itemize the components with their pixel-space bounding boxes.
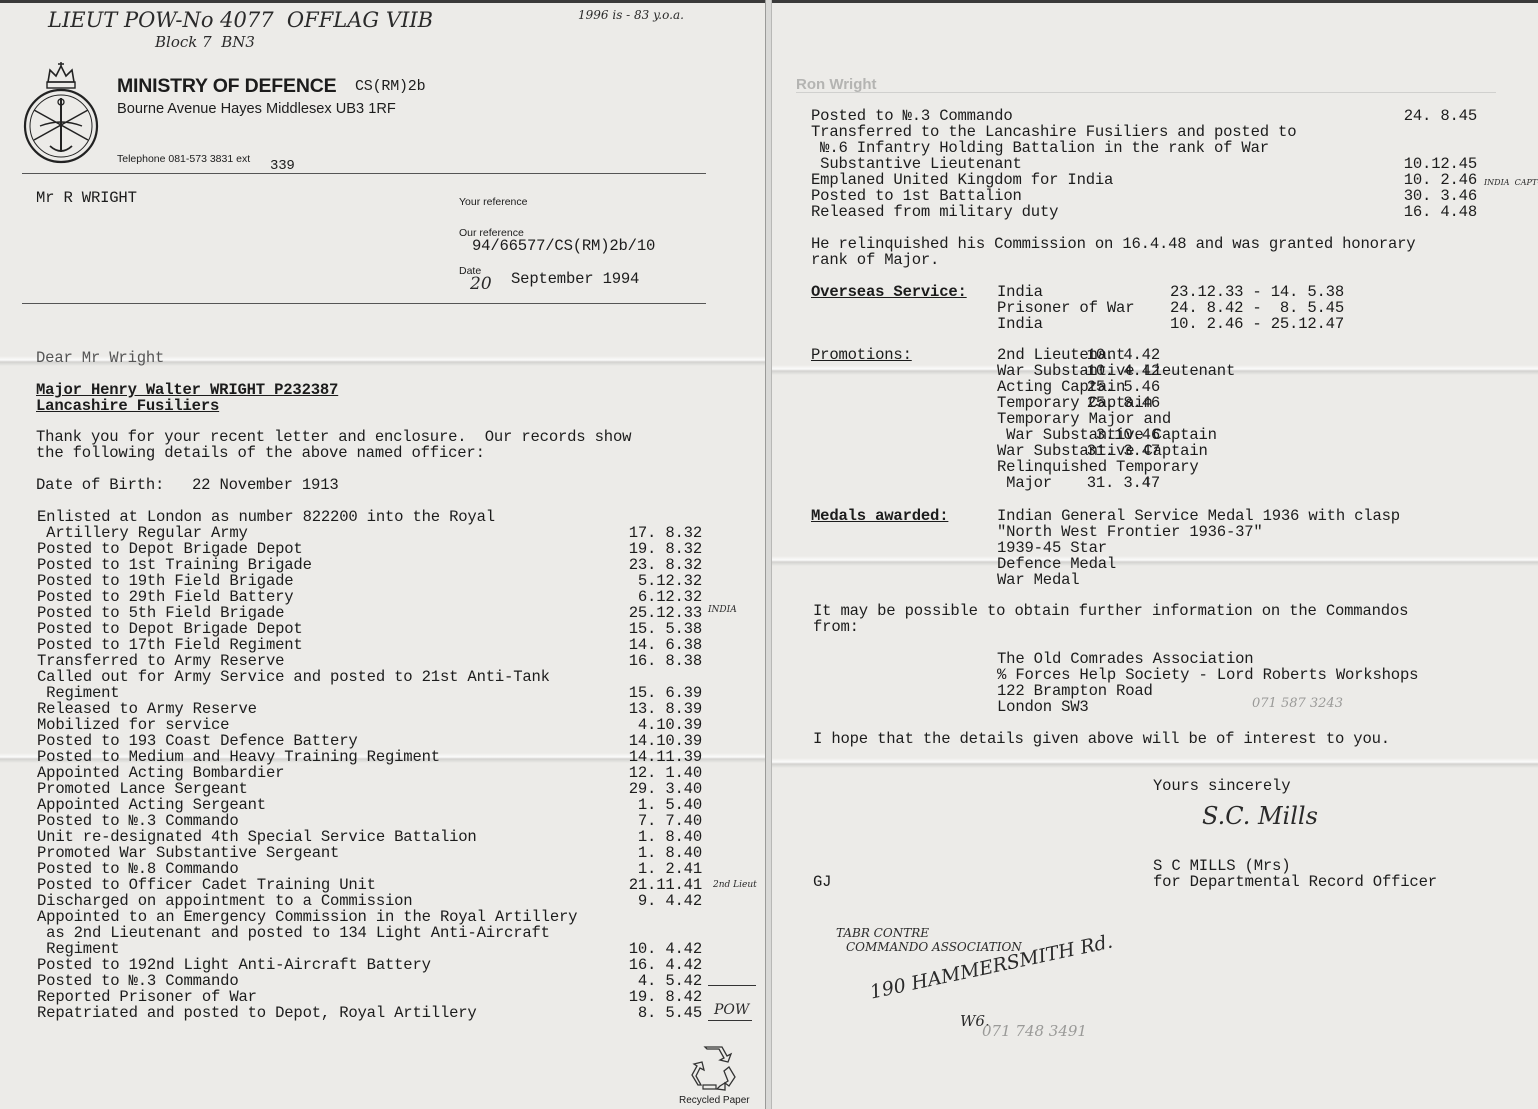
service-date: 14.10.39 [629,733,702,749]
service-date: 10.12.45 [1404,156,1477,172]
letter-date: September 1994 [511,271,639,287]
service-date: 1. 8.40 [638,829,702,845]
service-entry: Substantive Lieutenant [811,156,1022,172]
handwritten-faint-phone: 071 587 3243 [1252,696,1343,711]
service-date: 7. 7.40 [638,813,702,829]
handwritten-faint-phone-2: 071 748 3491 [982,1022,1087,1040]
service-entry: Posted to 29th Field Battery [37,589,293,605]
paper-fold [772,758,1538,768]
record-row: Transferred to Army Reserve16. 8.38 [0,653,765,669]
record-row: "North West Frontier 1936-37" [772,524,1538,540]
record-row: as 2nd Lieutenant and posted to 134 Ligh… [0,925,765,941]
record-row: London SW3 [772,699,1538,715]
service-entry: Called out for Army Service and posted t… [37,669,550,685]
service-entry: Emplaned United Kingdom for India [811,172,1113,188]
further-info-line-1: It may be possible to obtain further inf… [813,603,1408,619]
record-row: Posted to Officer Cadet Training Unit21.… [0,877,765,893]
service-date: 10. 2.46 [1404,172,1477,188]
record-row: №.6 Infantry Holding Battalion in the ra… [772,140,1538,156]
handwritten-age-note: 1996 is - 83 y.o.a. [578,8,684,22]
service-entry: Appointed Acting Bombardier [37,765,284,781]
record-row: India23.12.33 - 14. 5.38 [772,284,1538,300]
ministry-title: MINISTRY OF DEFENCE [117,75,336,98]
association-address-line: % Forces Help Society - Lord Roberts Wor… [997,667,1418,683]
overseas-place: India [997,316,1043,332]
service-date: 6.12.32 [638,589,702,605]
service-date: 16. 8.38 [629,653,702,669]
handwritten-association-line-1: TABR CONTRE [836,926,929,940]
service-entry: Appointed to an Emergency Commission in … [37,909,577,925]
handwritten-india-mark: INDIA [708,605,737,615]
association-address-line: 122 Brampton Road [997,683,1153,699]
relinquished-line-1: He relinquished his Commission on 16.4.4… [811,236,1415,252]
record-row: Posted to 5th Field Brigade25.12.33 [0,605,765,621]
service-date: 13. 8.39 [629,701,702,717]
record-row: Posted to №.3 Commando4. 5.42 [0,973,765,989]
record-row: Defence Medal [772,556,1538,572]
promotion-date: 25. 8.46 [1087,395,1160,411]
handwritten-india-capt-major: INDIA CAPT→ MAJOR [1484,178,1538,187]
service-entry: Released from military duty [811,204,1058,220]
header-divider [22,173,706,174]
service-entry: Posted to 19th Field Brigade [37,573,293,589]
medal-item: "North West Frontier 1936-37" [997,524,1263,540]
record-row: Acting Captain25. 5.46 [772,379,1538,395]
address-divider [22,303,706,304]
service-entry: Transferred to Army Reserve [37,653,284,669]
signatory-title: for Departmental Record Officer [1153,874,1437,890]
record-row: Regiment10. 4.42 [0,941,765,957]
record-row: Posted to 29th Field Battery6.12.32 [0,589,765,605]
record-row: India10. 2.46 - 25.12.47 [772,316,1538,332]
handwritten-underline [708,1020,752,1021]
service-entry: Unit re-designated 4th Special Service B… [37,829,477,845]
service-date: 17. 8.32 [629,525,702,541]
overseas-period: 24. 8.42 - 8. 5.45 [1170,300,1344,316]
service-entry: Posted to 192nd Light Anti-Aircraft Batt… [37,957,431,973]
salutation: Dear Mr Wright [36,350,164,366]
bleed-through-text: Ron Wright [796,76,877,93]
record-row: War Medal [772,572,1538,588]
record-row: Released to Army Reserve13. 8.39 [0,701,765,717]
service-entry: №.6 Infantry Holding Battalion in the ra… [811,140,1269,156]
record-row: War Substantive Captain 3.10.46 [772,427,1538,443]
service-date: 1. 8.40 [638,845,702,861]
handwritten-block: Block 7 BN3 [155,33,255,51]
service-entry: Posted to №.8 Commando [37,861,238,877]
service-entry: Repatriated and posted to Depot, Royal A… [37,1005,477,1021]
service-date: 4.10.39 [638,717,702,733]
telephone-label: Telephone 081-573 3831 ext [117,153,250,165]
record-row: Posted to №.3 Commando24. 8.45 [772,108,1538,124]
service-entry: Appointed Acting Sergeant [37,797,266,813]
service-date: 16. 4.42 [629,957,702,973]
overseas-place: Prisoner of War [997,300,1134,316]
handwritten-underline [708,985,756,986]
record-row: Emplaned United Kingdom for India10. 2.4… [772,172,1538,188]
record-row: Called out for Army Service and posted t… [0,669,765,685]
overseas-place: India [997,284,1043,300]
medal-item: Indian General Service Medal 1936 with c… [997,508,1400,524]
intro-line-1: Thank you for your recent letter and enc… [36,429,631,445]
letter-page-2: Ron Wright Posted to №.3 Commando24. 8.4… [771,0,1538,1109]
medal-item: 1939-45 Star [997,540,1107,556]
handwritten-association-line-2: COMMANDO ASSOCIATION [846,940,1022,954]
signatory-name: S C MILLS (Mrs) [1153,858,1290,874]
service-date: 23. 8.32 [629,557,702,573]
service-date: 21.11.41 [629,877,702,893]
service-date: 24. 8.45 [1404,108,1477,124]
record-row: Temporary Major and [772,411,1538,427]
record-row: Reported Prisoner of War19. 8.42 [0,989,765,1005]
service-date: 29. 3.40 [629,781,702,797]
handwritten-commission-mark: 2nd Lieut [713,880,757,890]
service-date: 25.12.33 [629,605,702,621]
service-entry: Posted to 5th Field Brigade [37,605,284,621]
record-row: Substantive Lieutenant10.12.45 [772,156,1538,172]
service-date: 9. 4.42 [638,893,702,909]
recycle-icon [688,1045,738,1091]
record-row: 1939-45 Star [772,540,1538,556]
service-date: 1. 2.41 [638,861,702,877]
ministry-crest-icon [20,60,102,168]
record-row: Repatriated and posted to Depot, Royal A… [0,1005,765,1021]
record-row: Posted to Medium and Heavy Training Regi… [0,749,765,765]
service-entry: Promoted Lance Sergeant [37,781,248,797]
service-entry: Posted to Depot Brigade Depot [37,621,303,637]
record-row: The Old Comrades Association [772,651,1538,667]
telephone-extension: 339 [270,158,295,174]
service-date: 10. 4.42 [629,941,702,957]
subject-regiment: Lancashire Fusiliers [36,398,219,414]
record-row: Discharged on appointment to a Commissio… [0,893,765,909]
record-row: Appointed Acting Sergeant1. 5.40 [0,797,765,813]
department-code: CS(RM)2b [355,79,425,95]
service-entry: Posted to 193 Coast Defence Battery [37,733,358,749]
service-entry: Posted to Depot Brigade Depot [37,541,303,557]
record-row: Posted to №.3 Commando7. 7.40 [0,813,765,829]
service-date: 4. 5.42 [638,973,702,989]
record-row: Relinquished Temporary [772,459,1538,475]
promotion-date: 10. 4.42 [1087,347,1160,363]
handwritten-promotion-mark: ↑ [1142,475,1153,490]
record-row: War Substantive Captain31. 3.47 [772,443,1538,459]
record-row: 122 Brampton Road [772,683,1538,699]
record-row: Promoted Lance Sergeant29. 3.40 [0,781,765,797]
service-date: 15. 5.38 [629,621,702,637]
record-row: War Substantive Lieutenant10. 4.42 [772,363,1538,379]
service-date: 19. 8.42 [629,989,702,1005]
service-entry: Promoted War Substantive Sergeant [37,845,339,861]
letter-page-1: LIEUT POW-No 4077 OFFLAG VIIB Block 7 BN… [0,0,766,1109]
record-row: Posted to Depot Brigade Depot15. 5.38 [0,621,765,637]
promotion-date: 31. 3.47 [1087,443,1160,459]
subject-officer: Major Henry Walter WRIGHT P232387 [36,382,338,398]
further-info-line-2: from: [813,619,859,635]
service-entry: Artillery Regular Army [37,525,248,541]
service-date: 30. 3.46 [1404,188,1477,204]
handwritten-day: 20 [470,274,492,294]
service-entry: Regiment [37,685,119,701]
overseas-period: 23.12.33 - 14. 5.38 [1170,284,1344,300]
record-row: Posted to 17th Field Regiment14. 6.38 [0,637,765,653]
intro-line-2: the following details of the above named… [36,445,485,461]
your-reference-label: Your reference [459,196,528,208]
service-entry: Posted to Medium and Heavy Training Regi… [37,749,440,765]
service-date: 14. 6.38 [629,637,702,653]
record-row: Artillery Regular Army17. 8.32 [0,525,765,541]
bleed-through-rule [796,92,1496,93]
promotion-date: 3.10.46 [1087,427,1160,443]
service-date: 12. 1.40 [629,765,702,781]
record-row: Posted to 1st Training Brigade23. 8.32 [0,557,765,573]
record-row: Posted to 1st Battalion30. 3.46 [772,188,1538,204]
service-entry: Posted to №.3 Commando [37,973,238,989]
medal-item: War Medal [997,572,1079,588]
service-date: 1. 5.40 [638,797,702,813]
recipient-name: Mr R WRIGHT [36,190,137,206]
typist-initials: GJ [813,874,831,890]
record-row: 2nd Lieutenant10. 4.42 [772,347,1538,363]
record-row: Major31. 3.47 [772,475,1538,491]
service-entry: Posted to 17th Field Regiment [37,637,303,653]
recycled-paper-label: Recycled Paper [679,1095,750,1106]
sign-off: Yours sincerely [1153,778,1290,794]
handwritten-pow-number: LIEUT POW-No 4077 OFFLAG VIIB [48,8,433,32]
dob-value: 22 November 1913 [192,477,339,493]
record-row: Posted to №.8 Commando1. 2.41 [0,861,765,877]
record-row: Temporary Captain25. 8.46 [772,395,1538,411]
record-row: Promoted War Substantive Sergeant1. 8.40 [0,845,765,861]
closing-hope: I hope that the details given above will… [813,731,1390,747]
association-address-line: The Old Comrades Association [997,651,1253,667]
service-entry: Regiment [37,941,119,957]
ministry-address: Bourne Avenue Hayes Middlesex UB3 1RF [117,101,396,117]
record-row: Regiment15. 6.39 [0,685,765,701]
service-entry: Posted to Officer Cadet Training Unit [37,877,376,893]
signature: S.C. Mills [1202,802,1318,830]
record-row: Posted to 192nd Light Anti-Aircraft Batt… [0,957,765,973]
association-address-line: London SW3 [997,699,1089,715]
record-row: % Forces Help Society - Lord Roberts Wor… [772,667,1538,683]
service-date: 14.11.39 [629,749,702,765]
dob-label: Date of Birth: [36,477,164,493]
relinquished-line-2: rank of Major. [811,252,939,268]
medal-item: Defence Medal [997,556,1116,572]
record-row: Enlisted at London as number 822200 into… [0,509,765,525]
our-reference: 94/66577/CS(RM)2b/10 [472,238,655,254]
service-date: 5.12.32 [638,573,702,589]
service-entry: Mobilized for service [37,717,229,733]
service-entry: Reported Prisoner of War [37,989,257,1005]
promotion-rank: Major [997,475,1052,491]
overseas-period: 10. 2.46 - 25.12.47 [1170,316,1344,332]
service-entry: Transferred to the Lancashire Fusiliers … [811,124,1296,140]
record-row: Transferred to the Lancashire Fusiliers … [772,124,1538,140]
handwritten-pow-mark: POW [714,1002,749,1018]
service-entry: Posted to №.3 Commando [37,813,238,829]
record-row: Prisoner of War24. 8.42 - 8. 5.45 [772,300,1538,316]
record-row: Indian General Service Medal 1936 with c… [772,508,1538,524]
service-date: 19. 8.32 [629,541,702,557]
record-row: Mobilized for service4.10.39 [0,717,765,733]
service-entry: as 2nd Lieutenant and posted to 134 Ligh… [37,925,550,941]
record-row: Posted to Depot Brigade Depot19. 8.32 [0,541,765,557]
promotion-rank: Temporary Major and [997,411,1171,427]
service-entry: Released to Army Reserve [37,701,257,717]
service-date: 15. 6.39 [629,685,702,701]
service-date: 8. 5.45 [638,1005,702,1021]
record-row: Appointed Acting Bombardier12. 1.40 [0,765,765,781]
promotion-rank: Relinquished Temporary [997,459,1198,475]
service-date: 16. 4.48 [1404,204,1477,220]
service-entry: Posted to 1st Battalion [811,188,1022,204]
record-row: Appointed to an Emergency Commission in … [0,909,765,925]
record-row: Released from military duty16. 4.48 [772,204,1538,220]
promotion-date: 10. 4.42 [1087,363,1160,379]
service-entry: Discharged on appointment to a Commissio… [37,893,412,909]
record-row: Posted to 193 Coast Defence Battery14.10… [0,733,765,749]
record-row: Posted to 19th Field Brigade5.12.32 [0,573,765,589]
service-entry: Posted to 1st Training Brigade [37,557,312,573]
service-entry: Posted to №.3 Commando [811,108,1012,124]
promotion-date: 25. 5.46 [1087,379,1160,395]
service-entry: Enlisted at London as number 822200 into… [37,509,495,525]
record-row: Unit re-designated 4th Special Service B… [0,829,765,845]
